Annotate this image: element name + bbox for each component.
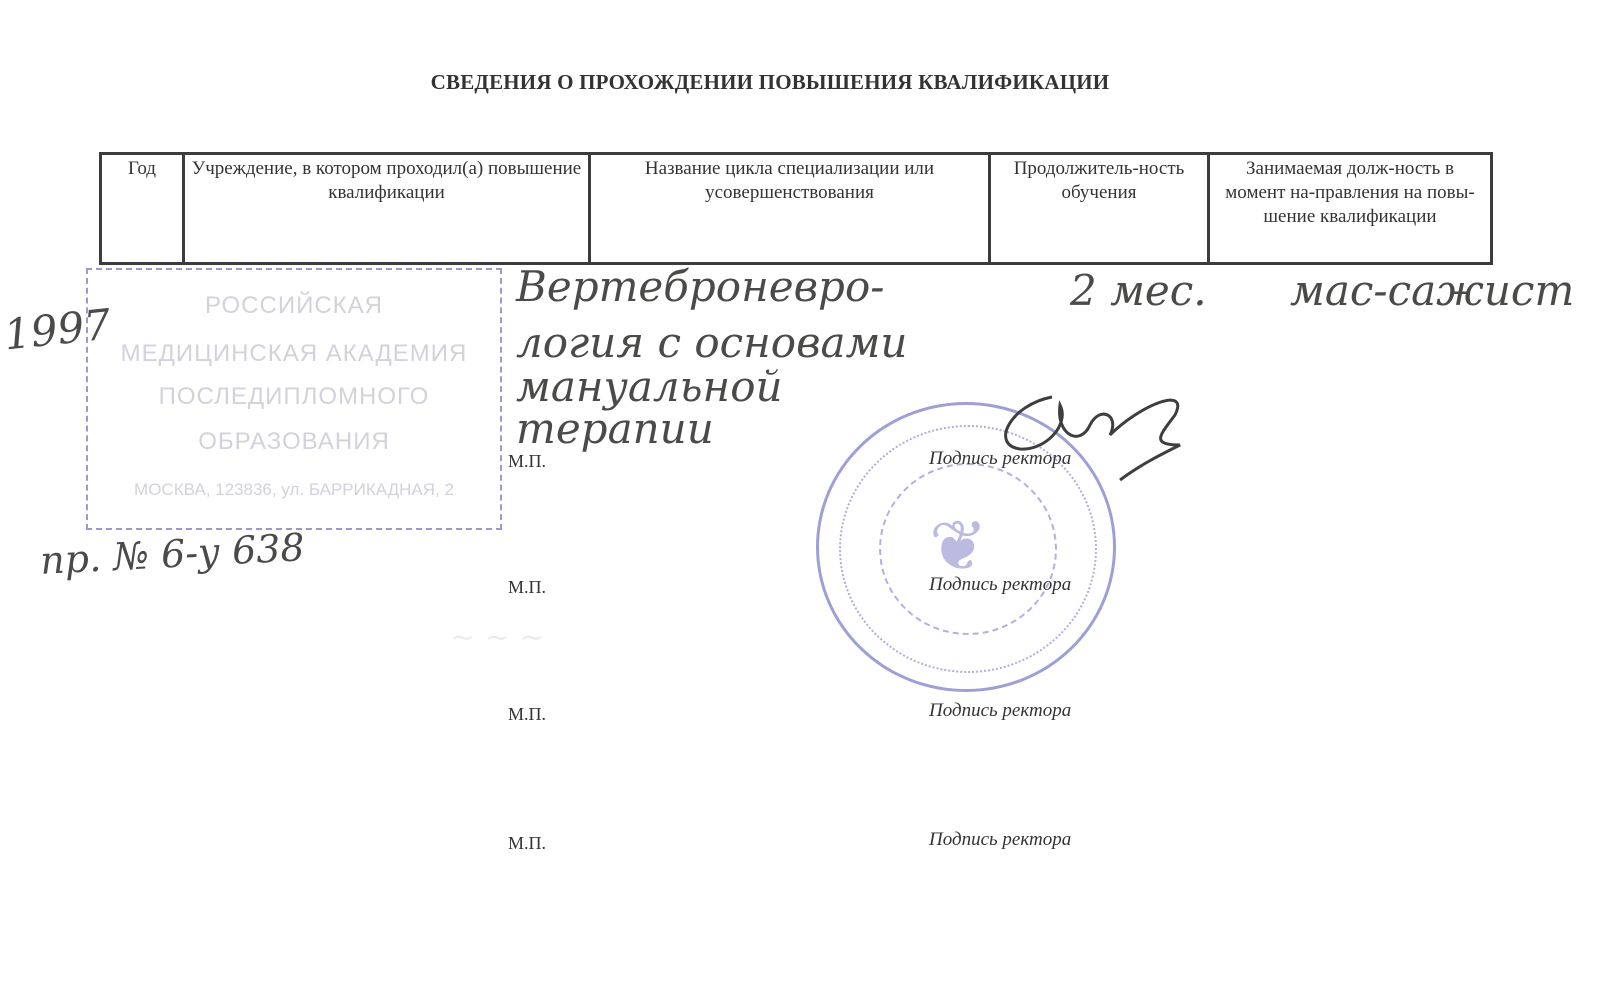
page-title: СВЕДЕНИЯ О ПРОХОЖДЕНИИ ПОВЫШЕНИЯ КВАЛИФИ… (0, 70, 1540, 95)
header-position: Занимаемая долж-ность в момент на-правле… (1209, 154, 1492, 264)
stamp-placeholder-label: М.П. (508, 577, 546, 598)
signature-label: Подпись ректора (929, 448, 1071, 470)
course-line: терапии (516, 404, 714, 453)
header-institution: Учреждение, в котором проходил(а) повыше… (184, 154, 590, 264)
course-line: логия с основами (516, 318, 907, 367)
header-year: Год (101, 154, 184, 264)
stamp-placeholder-label: М.П. (508, 704, 546, 725)
signature-label: Подпись ректора (929, 574, 1071, 596)
stamp-placeholder-label: М.П. (508, 451, 546, 472)
header-duration: Продолжитель-ность обучения (990, 154, 1209, 264)
stamp-line: МЕДИЦИНСКАЯ АКАДЕМИЯ (88, 340, 500, 368)
institution-stamp: РОССИЙСКАЯ МЕДИЦИНСКАЯ АКАДЕМИЯ ПОСЛЕДИП… (86, 268, 502, 530)
qualification-table-header: Год Учреждение, в котором проходил(а) по… (99, 152, 1493, 265)
stamp-line: ОБРАЗОВАНИЯ (88, 428, 500, 456)
entry-position: мас-сажист (1290, 266, 1574, 315)
signature-label: Подпись ректора (929, 700, 1071, 722)
signature-label: Подпись ректора (929, 829, 1071, 851)
stamp-placeholder-label: М.П. (508, 833, 546, 854)
stamp-line: ПОСЛЕДИПЛОМНОГО (88, 383, 500, 411)
order-note: пр. № 6-у 638 (39, 525, 306, 583)
stamp-address: МОСКВА, 123836, ул. БАРРИКАДНАЯ, 2 (88, 480, 500, 500)
stamp-line: РОССИЙСКАЯ (88, 292, 500, 320)
header-course: Название цикла специализации или усоверш… (590, 154, 990, 264)
entry-duration: 2 мес. (1070, 266, 1207, 315)
rector-signature (990, 385, 1230, 495)
bleed-through-text: ~ ~ ~ (450, 620, 544, 655)
course-line: Вертеброневро- (516, 262, 884, 311)
